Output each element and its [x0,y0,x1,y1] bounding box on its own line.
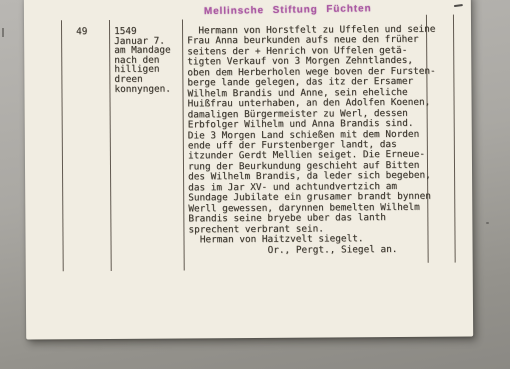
date-column: 1549Januar 7.am Mandagenach denhilligend… [114,27,171,95]
regest-body-text: Hermann von Horstfelt zu Uffelen und sei… [187,25,437,257]
registry-number: 49 [76,27,87,37]
column-rule-date [182,19,185,270]
scan-speck [454,4,463,7]
text-line: konnyngen. [114,84,171,94]
archive-stamp: Mellinsche Stiftung Füchten [204,3,372,17]
scan-speck [486,222,489,224]
scan-speck [2,28,4,37]
column-rule-number [109,20,112,271]
text-line: Or., Pergt., Siegel an. [189,244,437,256]
margin-rule [61,20,64,271]
column-rule-right-outer [453,15,456,263]
index-card: Mellinsche Stiftung Füchten 49 1549Janua… [24,0,473,340]
scan-background: Mellinsche Stiftung Füchten 49 1549Janua… [0,0,510,369]
